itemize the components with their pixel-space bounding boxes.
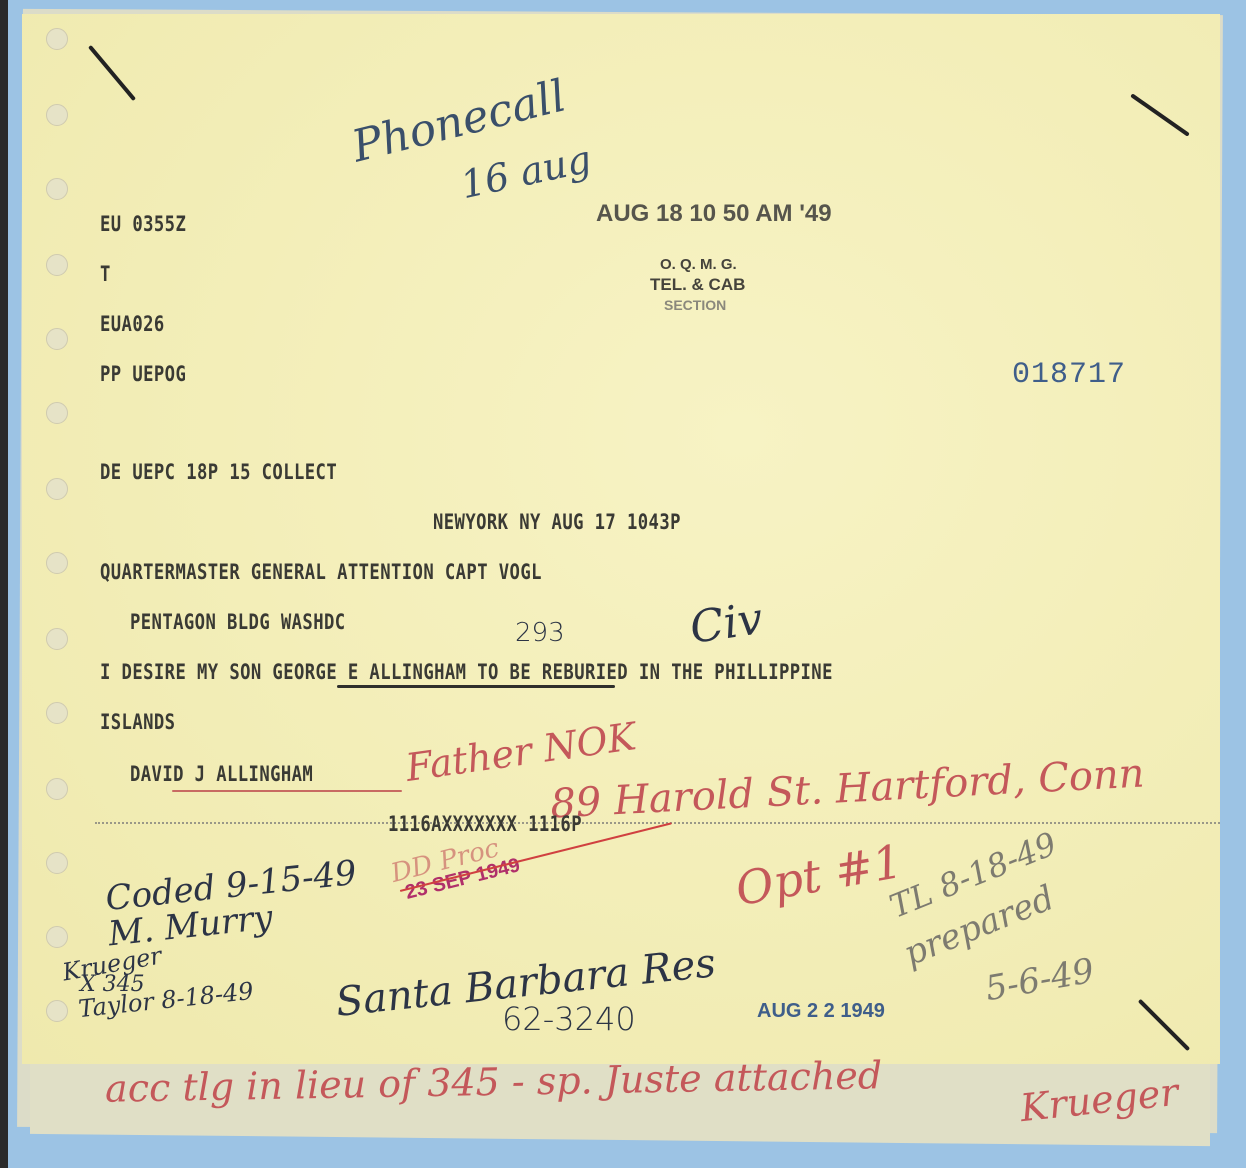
header-code-1: EU 0355Z bbox=[100, 212, 186, 236]
punch-hole bbox=[46, 926, 68, 948]
office-stamp-line-3: SECTION bbox=[664, 297, 726, 313]
perforation-line bbox=[95, 822, 1220, 824]
file-number: 62-3240 bbox=[502, 1000, 636, 1038]
punch-hole bbox=[46, 1000, 68, 1022]
handwritten-293: 293 bbox=[515, 618, 565, 648]
header-code-4: PP UEPOG bbox=[100, 362, 186, 386]
punch-hole bbox=[46, 478, 68, 500]
punch-hole bbox=[46, 852, 68, 874]
aug-1949-stamp: AUG 2 2 1949 bbox=[757, 1000, 885, 1023]
name-underline bbox=[337, 685, 615, 688]
header-code-2: T bbox=[100, 262, 111, 286]
punch-hole bbox=[46, 402, 68, 424]
punch-hole bbox=[46, 254, 68, 276]
punch-hole bbox=[46, 628, 68, 650]
punch-hole bbox=[46, 28, 68, 50]
punch-hole bbox=[46, 702, 68, 724]
received-datetime-stamp: AUG 18 10 50 AM '49 bbox=[596, 200, 832, 228]
footer-code: 1116AXXXXXXX 1116P bbox=[388, 812, 582, 836]
window-edge bbox=[0, 0, 8, 1168]
addressee-line-1: QUARTERMASTER GENERAL ATTENTION CAPT VOG… bbox=[100, 560, 542, 584]
signature: DAVID J ALLINGHAM bbox=[130, 762, 313, 786]
punch-hole bbox=[46, 328, 68, 350]
punch-hole bbox=[46, 178, 68, 200]
header-code-3: EUA026 bbox=[100, 312, 165, 336]
message-line-1: I DESIRE MY SON GEORGE E ALLINGHAM TO BE… bbox=[100, 660, 833, 684]
office-stamp-line-2: TEL. & CAB bbox=[650, 275, 745, 295]
office-stamp-line-1: O. Q. M. G. bbox=[660, 256, 737, 273]
addressee-line-2: PENTAGON BLDG WASHDC bbox=[130, 610, 346, 634]
punch-hole bbox=[46, 552, 68, 574]
routing-line: DE UEPC 18P 15 COLLECT bbox=[100, 460, 337, 484]
origin-line: NEWYORK NY AUG 17 1043P bbox=[433, 510, 681, 534]
serial-number: 018717 bbox=[1012, 358, 1126, 392]
punch-hole bbox=[46, 104, 68, 126]
signature-red-underline bbox=[172, 790, 402, 792]
message-line-2: ISLANDS bbox=[100, 710, 175, 734]
civ-note: Civ bbox=[687, 593, 766, 654]
punch-hole bbox=[46, 778, 68, 800]
